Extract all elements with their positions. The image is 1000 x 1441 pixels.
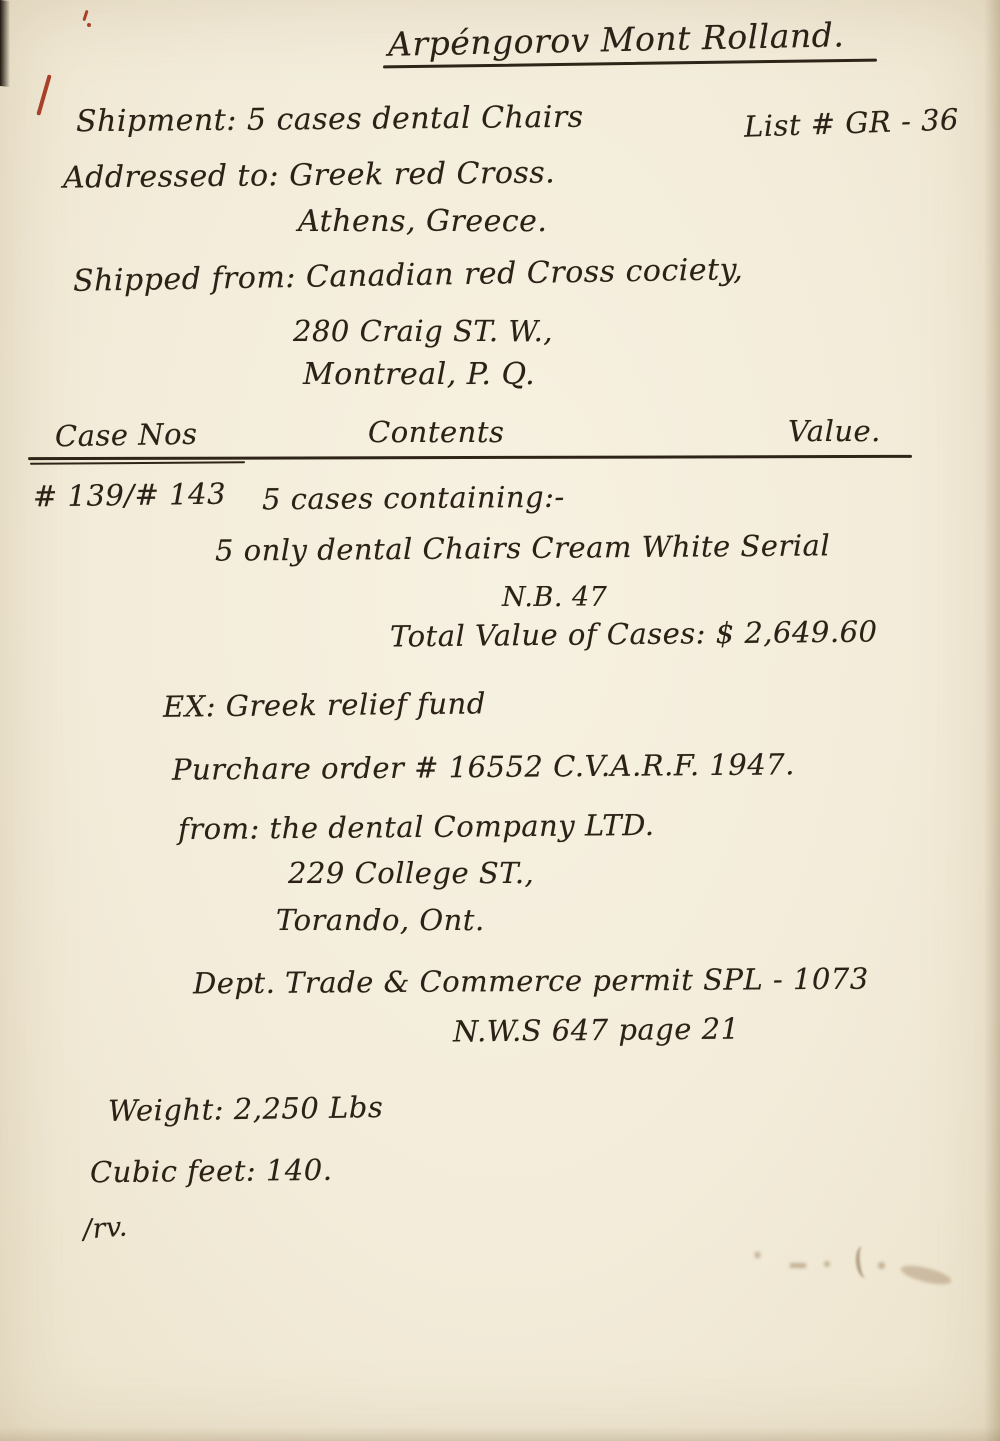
table-header-rule-doublestroke [30,461,245,464]
shipment-line: Shipment: 5 cases dental Chairs [76,100,584,139]
ex-fund-line: EX: Greek relief fund [163,686,486,723]
row-contents-intro: 5 cases containing:- [262,480,565,517]
scan-edge-shadow-left [0,0,10,87]
permit-reference: N.W.S 647 page 21 [453,1012,740,1049]
shipped-from-city: Montreal, P. Q. [303,357,535,392]
addressed-to-line: Addressed to: Greek red Cross. [63,155,556,195]
shipped-from-street: 280 Craig ST. W., [293,314,553,348]
permit-line: Dept. Trade & Commerce permit SPL - 1073 [193,962,869,1001]
pencil-smudge [790,1263,806,1268]
table-header-rule [28,455,912,460]
supplier-from-line: from: the dental Company LTD. [178,808,655,846]
list-number: List # GR - 36 [743,102,959,143]
red-ink-stroke [36,74,51,115]
pencil-smudge [878,1262,885,1269]
red-ink-dot [87,23,91,27]
total-value-line: Total Value of Cases: $ 2,649.60 [390,614,878,653]
shipped-from-line: Shipped from: Canadian red Cross cociety… [73,252,744,299]
purchase-order-line: Purchare order # 16552 C.V.A.R.F. 1947. [172,747,795,786]
column-header-contents: Contents [368,415,504,449]
supplier-street: 229 College ST., [288,856,534,890]
row-case-numbers: # 139/# 143 [33,477,226,514]
pencil-smudge [755,1252,760,1258]
column-header-case-nos: Case Nos [55,417,198,453]
scanned-document-page: Arpéngorov Mont Rolland. Shipment: 5 cas… [0,0,1000,1441]
red-ink-tick [82,10,88,21]
cubic-feet-line: Cubic feet: 140. [90,1153,333,1190]
row-serial-note: N.B. 47 [502,582,607,613]
addressed-to-city: Athens, Greece. [298,204,547,239]
clerk-initials: /rv. [82,1211,129,1245]
weight-line: Weight: 2,250 Lbs [108,1090,384,1128]
pencil-smudge-paren [854,1245,873,1278]
row-item-description: 5 only dental Chairs Cream White Serial [215,528,830,567]
page-title: Arpéngorov Mont Rolland. [388,15,845,64]
column-header-value: Value. [788,414,881,448]
scan-edge-shadow-right [984,0,1000,1441]
scan-edge-shadow-bottom [0,1427,1000,1441]
pencil-smudge [824,1261,830,1267]
supplier-city: Torando, Ont. [276,903,485,937]
pencil-smudge [899,1262,953,1288]
